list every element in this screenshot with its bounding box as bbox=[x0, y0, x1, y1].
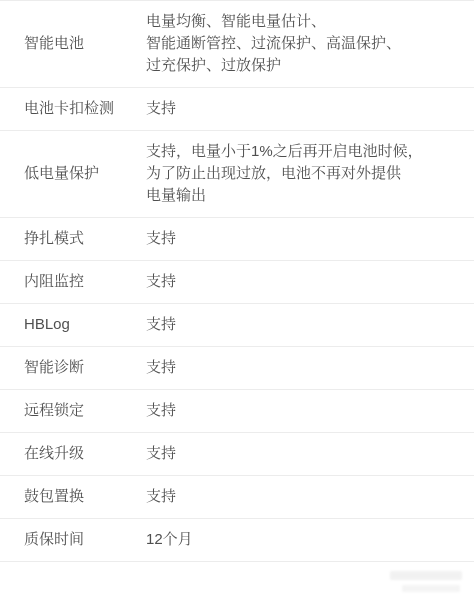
spec-row-hblog: HBLog 支持 bbox=[0, 304, 474, 347]
watermark bbox=[386, 571, 462, 592]
spec-label: 智能诊断 bbox=[0, 357, 146, 379]
spec-value: 支持 bbox=[146, 228, 474, 250]
spec-value: 支持 bbox=[146, 400, 474, 422]
spec-row-smart-battery: 智能电池 电量均衡、智能电量估计、 智能通断管控、过流保护、高温保护、 过充保护… bbox=[0, 1, 474, 88]
spec-row-buckle-detection: 电池卡扣检测 支持 bbox=[0, 88, 474, 131]
spec-value: 支持 bbox=[146, 98, 474, 120]
spec-label: 远程锁定 bbox=[0, 400, 146, 422]
spec-label: 低电量保护 bbox=[0, 163, 146, 185]
spec-value: 支持 bbox=[146, 357, 474, 379]
spec-row-internal-resistance-monitor: 内阻监控 支持 bbox=[0, 261, 474, 304]
spec-value: 支持 bbox=[146, 314, 474, 336]
spec-row-struggle-mode: 挣扎模式 支持 bbox=[0, 218, 474, 261]
spec-value: 支持 bbox=[146, 486, 474, 508]
spec-row-remote-lock: 远程锁定 支持 bbox=[0, 390, 474, 433]
spec-row-smart-diagnosis: 智能诊断 支持 bbox=[0, 347, 474, 390]
battery-spec-table: 智能电池 电量均衡、智能电量估计、 智能通断管控、过流保护、高温保护、 过充保护… bbox=[0, 0, 474, 562]
spec-label: 电池卡扣检测 bbox=[0, 98, 146, 120]
spec-row-warranty-period: 质保时间 12个月 bbox=[0, 519, 474, 562]
spec-label: 智能电池 bbox=[0, 33, 146, 55]
spec-row-swollen-replacement: 鼓包置换 支持 bbox=[0, 476, 474, 519]
spec-label: 质保时间 bbox=[0, 529, 146, 551]
spec-row-online-upgrade: 在线升级 支持 bbox=[0, 433, 474, 476]
spec-row-low-battery-protection: 低电量保护 支持，电量小于1%之后再开启电池时候， 为了防止出现过放，电池不再对… bbox=[0, 131, 474, 218]
watermark-line bbox=[402, 585, 460, 592]
spec-value: 12个月 bbox=[146, 529, 474, 551]
spec-value: 支持 bbox=[146, 271, 474, 293]
spec-label: 内阻监控 bbox=[0, 271, 146, 293]
spec-label: 在线升级 bbox=[0, 443, 146, 465]
spec-value: 支持，电量小于1%之后再开启电池时候， 为了防止出现过放，电池不再对外提供 电量… bbox=[146, 141, 474, 207]
spec-label: 鼓包置换 bbox=[0, 486, 146, 508]
spec-value: 支持 bbox=[146, 443, 474, 465]
spec-label: 挣扎模式 bbox=[0, 228, 146, 250]
spec-value: 电量均衡、智能电量估计、 智能通断管控、过流保护、高温保护、 过充保护、过放保护 bbox=[146, 11, 474, 77]
spec-label: HBLog bbox=[0, 314, 146, 336]
watermark-line bbox=[390, 571, 462, 580]
